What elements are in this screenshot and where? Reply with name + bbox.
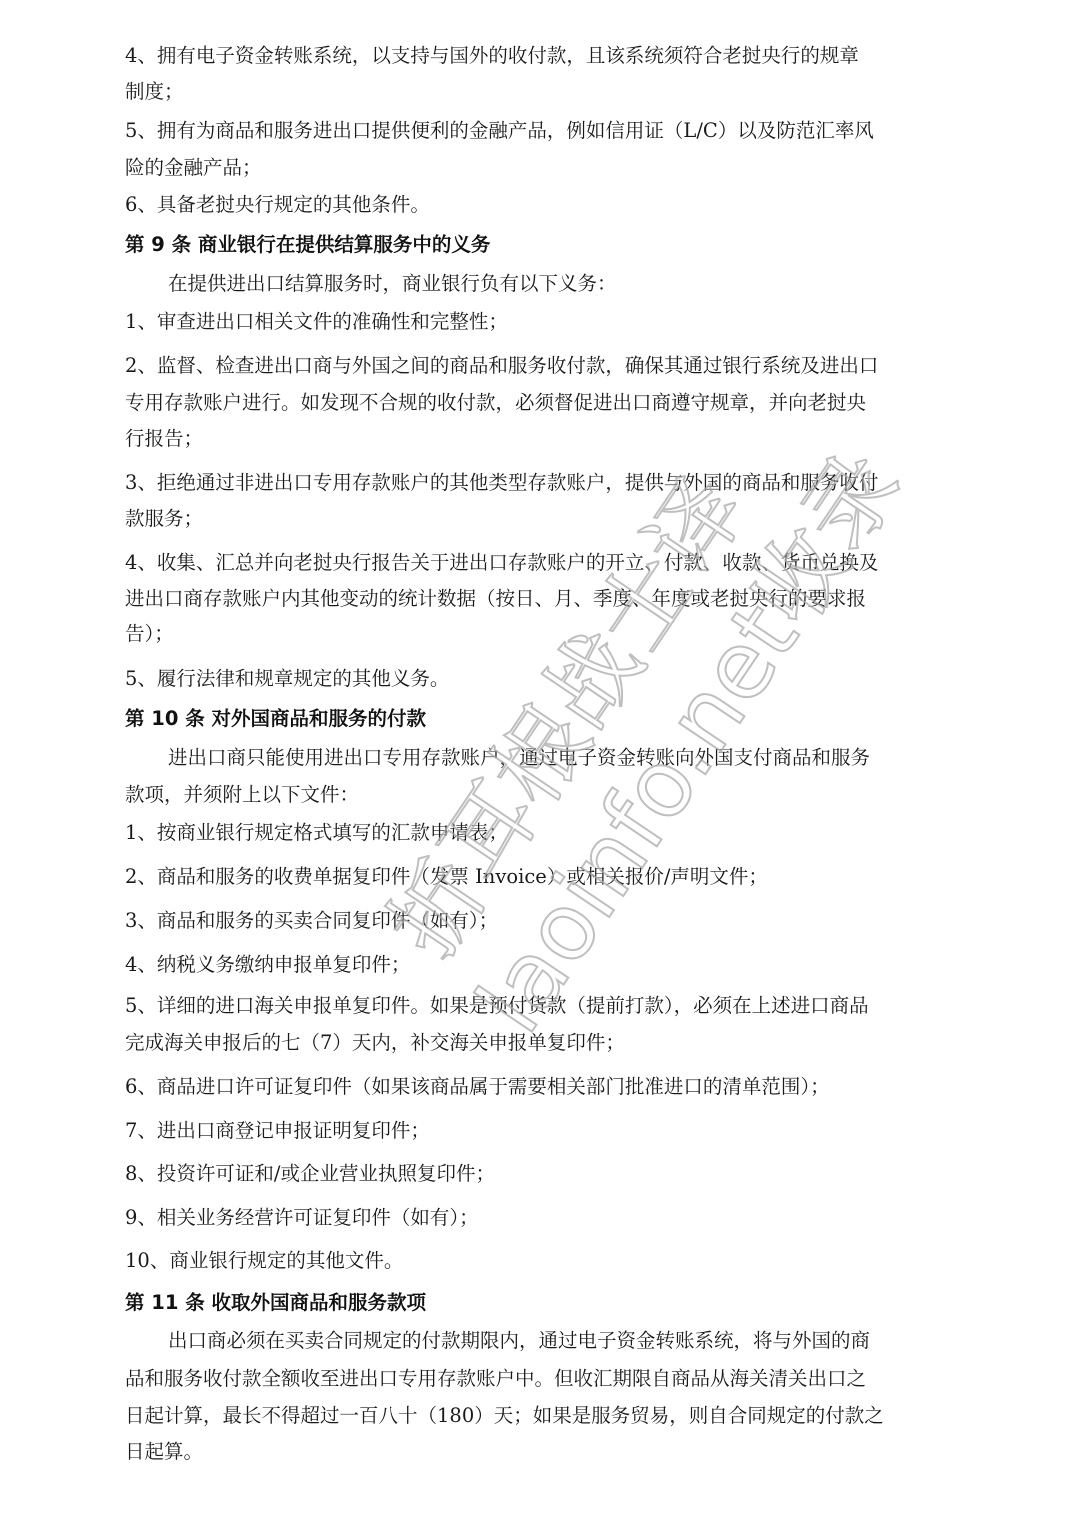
list-item: 3、拒绝通过非进出口专用存款账户的其他类型存款账户，提供与外国的商品和服务收付 xyxy=(125,471,878,495)
list-item: 2、监督、检查进出口商与外国之间的商品和服务收付款，确保其通过银行系统及进出口 xyxy=(125,354,878,378)
list-item: 3、商品和服务的买卖合同复印件（如有）； xyxy=(125,909,498,933)
list-item: 5、详细的进口海关申报单复印件。如果是预付货款（提前打款），必须在上述进口商品 xyxy=(125,994,869,1018)
article-9-intro: 在提供进出口结算服务时，商业银行负有以下义务： xyxy=(168,272,617,296)
list-item: 4、拥有电子资金转账系统，以支持与国外的收付款，且该系统须符合老挝央行的规章 xyxy=(125,44,859,68)
article-9-heading: 第 9 条 商业银行在提供结算服务中的义务 xyxy=(125,233,490,257)
watermark-line-2: laoinfo.net收录 xyxy=(440,422,926,1054)
list-item-continuation: 进出口商存款账户内其他变动的统计数据（按日、月、季度、年度或老挝央行的要求报 xyxy=(125,587,866,611)
list-item: 9、相关业务经营许可证复印件（如有）； xyxy=(125,1206,479,1230)
article-10-heading: 第 10 条 对外国商品和服务的付款 xyxy=(125,707,426,731)
list-item-continuation: 款服务； xyxy=(125,507,203,531)
list-item: 4、纳税义务缴纳申报单复印件； xyxy=(125,953,410,977)
list-item-continuation: 行报告； xyxy=(125,427,203,451)
article-10-intro: 进出口商只能使用进出口专用存款账户，通过电子资金转账向外国支付商品和服务 xyxy=(168,746,870,770)
list-item: 2、商品和服务的收费单据复印件（发票 Invoice）或相关报价/声明文件； xyxy=(125,865,768,889)
list-item: 7、进出口商登记申报证明复印件； xyxy=(125,1119,430,1143)
list-item: 1、审查进出口相关文件的准确性和完整性； xyxy=(125,310,508,334)
list-item-continuation: 专用存款账户进行。如发现不合规的收付款，必须督促进出口商遵守规章，并向老挝央 xyxy=(125,391,866,415)
list-item-continuation: 告）； xyxy=(125,622,174,646)
article-11-paragraph-continuation: 日起计算，最长不得超过一百八十（180）天；如果是服务贸易，则自合同规定的付款之 xyxy=(125,1404,884,1428)
list-item: 4、收集、汇总并向老挝央行报告关于进出口存款账户的开立、付款、收款、货币兑换及 xyxy=(125,551,878,575)
list-item: 8、投资许可证和/或企业营业执照复印件； xyxy=(125,1162,495,1186)
list-item: 1、按商业银行规定格式填写的汇款申请表； xyxy=(125,821,508,845)
list-item: 6、商品进口许可证复印件（如果该商品属于需要相关部门批准进口的清单范围）； xyxy=(125,1075,830,1099)
article-11-heading: 第 11 条 收取外国商品和服务款项 xyxy=(125,1291,426,1315)
article-11-paragraph-continuation: 品和服务收付款全额收至进出口专用存款账户中。但收汇期限自商品从海关清关出口之 xyxy=(125,1367,866,1391)
list-item-continuation: 制度； xyxy=(125,80,184,104)
document-page: 4、拥有电子资金转账系统，以支持与国外的收付款，且该系统须符合老挝央行的规章 制… xyxy=(0,0,1080,1528)
list-item: 5、履行法律和规章规定的其他义务。 xyxy=(125,667,449,691)
list-item: 6、具备老挝央行规定的其他条件。 xyxy=(125,193,430,217)
article-11-paragraph: 出口商必须在买卖合同规定的付款期限内，通过电子资金转账系统，将与外国的商 xyxy=(168,1329,870,1353)
list-item-continuation: 险的金融产品； xyxy=(125,156,262,180)
article-10-intro-continuation: 款项，并须附上以下文件： xyxy=(125,783,359,807)
list-item: 10、商业银行规定的其他文件。 xyxy=(125,1249,403,1273)
list-item: 5、拥有为商品和服务进出口提供便利的金融产品，例如信用证（L/C）以及防范汇率风 xyxy=(125,119,874,143)
list-item-continuation: 完成海关申报后的七（7）天内，补交海关申报单复印件； xyxy=(125,1031,625,1055)
article-11-paragraph-continuation: 日起算。 xyxy=(125,1440,203,1464)
